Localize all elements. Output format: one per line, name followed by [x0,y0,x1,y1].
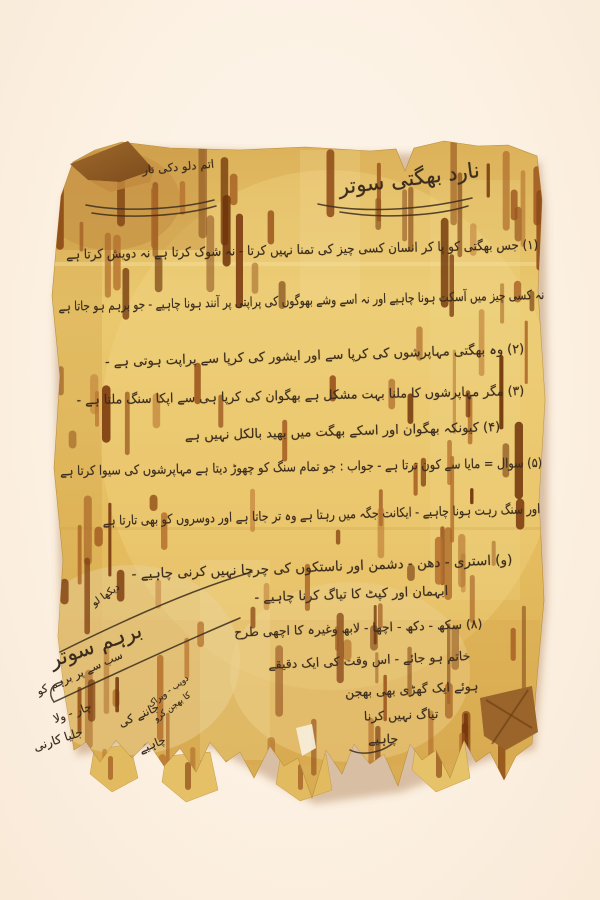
handwriting-layer: اتم دلو دکی نار نارد بھگتی سوتر (۱) جس ب… [0,0,600,900]
margin-note-line: چاہیے [137,733,168,756]
verse-line: (و) استری - دھن - دشمن اور ناستکوں کی چر… [124,552,512,583]
verse-line: ابہمان اور کپٹ کا تیاگ کرنا چاہیے - [212,584,448,608]
verse-line: (۳) مگر مہاپرشوں کا ملنا بہت مشکل ہے بھگ… [93,384,525,409]
verse-line: (۴) کیونکہ بھگوان اور اسکے بھگت میں بھید… [135,420,500,446]
manuscript-photo: اتم دلو دکی نار نارد بھگتی سوتر (۱) جس ب… [0,0,600,900]
manuscript-title: نارد بھگتی سوتر [307,158,481,204]
verse-line: (۲) وہ بھگتی مہاپرشوں کی کرپا سے اور ایش… [106,342,524,371]
margin-note-line: چار - ولا [51,699,93,726]
closing-line: چاہیے [342,731,398,747]
verse-line: (۱) جس بھگتی کو پا کر انسان کسی چیز کی ت… [107,238,538,263]
verse-line: اور سنگ رہت ہونا چاہیے - ایکانت جگہ میں … [169,502,540,528]
corner-note: اتم دلو دکی نار [72,158,215,184]
closing-line: (۸) سکھ - دکھ - اچھا - لابھ وغیرہ کا اچھ… [236,616,482,640]
closing-line: تیاگ نہیں کرنا [312,706,438,725]
verse-line: (۵) سوال = مایا سے کون ترتا ہے - جواب : … [123,456,543,479]
verse-line: نہ کسی چیز میں آسکت ہونا چاہیے اور نہ اس… [152,288,544,313]
closing-line: ہوئے ایک گھڑی بھی بھجن [290,678,479,703]
margin-note-small: دیکھا لو [90,582,122,609]
closing-line: خاتم ہو جائے - اس وقت کی ایک دقیقے [238,648,470,673]
margin-note-line: جلیا کارنی [32,725,85,754]
